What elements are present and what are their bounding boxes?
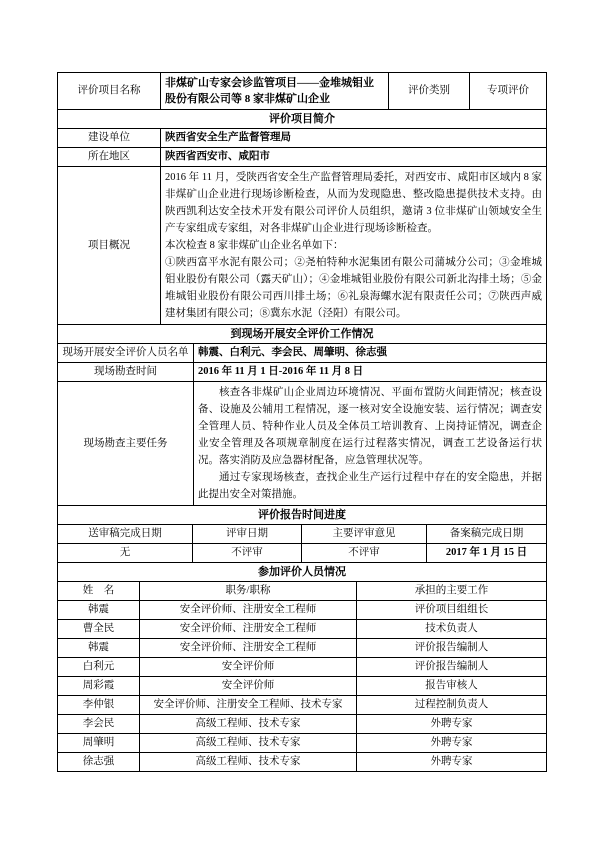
site-work-table: 到现场开展安全评价工作情况 现场开展安全评价人员名单 韩震、白利元、李会民、周肇… bbox=[57, 324, 547, 506]
project-overview-text: 2016 年 11 月，受陕西省安全生产监督管理局委托，对西安市、咸阳市区域内 … bbox=[161, 167, 547, 325]
work-column-header: 承担的主要工作 bbox=[357, 582, 547, 601]
survey-tasks-label: 现场勘查主要任务 bbox=[58, 382, 194, 506]
table-row: 参加评价人员情况 bbox=[58, 563, 547, 582]
location-value: 陕西省西安市、咸阳市 bbox=[161, 148, 547, 167]
overview-paragraph: 2016 年 11 月，受陕西省安全生产监督管理局委托，对西安市、咸阳市区域内 … bbox=[165, 169, 542, 237]
person-work: 评价报告编制人 bbox=[357, 639, 547, 658]
table-row: 白利元 安全评价师 评价报告编制人 bbox=[58, 658, 547, 677]
table-row: 到现场开展安全评价工作情况 bbox=[58, 325, 547, 344]
project-name-label: 评价项目名称 bbox=[58, 73, 161, 110]
review-opinion-value: 不评审 bbox=[302, 544, 427, 563]
site-section-title: 到现场开展安全评价工作情况 bbox=[58, 325, 547, 344]
person-work: 技术负责人 bbox=[357, 620, 547, 639]
person-title: 高级工程师、技术专家 bbox=[140, 753, 357, 772]
table-row: 曹全民 安全评价师、注册安全工程师 技术负责人 bbox=[58, 620, 547, 639]
progress-section-title: 评价报告时间进度 bbox=[58, 506, 547, 525]
person-title: 安全评价师、注册安全工程师、技术专家 bbox=[140, 696, 357, 715]
person-title: 高级工程师、技术专家 bbox=[140, 715, 357, 734]
document-page: 评价项目名称 非煤矿山专家会诊监管项目——金堆城钼业股份有限公司等 8 家非煤矿… bbox=[0, 0, 600, 848]
table-row: 韩震 安全评价师、注册安全工程师 评价报告编制人 bbox=[58, 639, 547, 658]
table-row: 所在地区 陕西省西安市、咸阳市 bbox=[58, 148, 547, 167]
draft-date-value: 无 bbox=[58, 544, 193, 563]
person-name: 周肇明 bbox=[58, 734, 140, 753]
location-label: 所在地区 bbox=[58, 148, 161, 167]
report-progress-table: 评价报告时间进度 送审稿完成日期 评审日期 主要评审意见 备案稿完成日期 无 不… bbox=[57, 505, 547, 563]
record-date-header: 备案稿完成日期 bbox=[427, 525, 547, 544]
table-row: 李仲银 安全评价师、注册安全工程师、技术专家 过程控制负责人 bbox=[58, 696, 547, 715]
person-name: 李仲银 bbox=[58, 696, 140, 715]
person-title: 安全评价师、注册安全工程师 bbox=[140, 620, 357, 639]
table-row: 李会民 高级工程师、技术专家 外聘专家 bbox=[58, 715, 547, 734]
person-name: 韩震 bbox=[58, 639, 140, 658]
personnel-table: 参加评价人员情况 姓 名 职务/职称 承担的主要工作 韩震 安全评价师、注册安全… bbox=[57, 562, 547, 772]
person-title: 高级工程师、技术专家 bbox=[140, 734, 357, 753]
survey-tasks-text: 核查各非煤矿山企业周边环境情况、平面布置防火间距情况；核查设备、设施及公辅用工程… bbox=[194, 382, 547, 506]
project-header-table: 评价项目名称 非煤矿山专家会诊监管项目——金堆城钼业股份有限公司等 8 家非煤矿… bbox=[57, 72, 547, 110]
person-name: 李会民 bbox=[58, 715, 140, 734]
personnel-section-title: 参加评价人员情况 bbox=[58, 563, 547, 582]
table-row: 韩震 安全评价师、注册安全工程师 评价项目组组长 bbox=[58, 601, 547, 620]
person-title: 安全评价师、注册安全工程师 bbox=[140, 601, 357, 620]
person-work: 外聘专家 bbox=[357, 753, 547, 772]
person-title: 安全评价师 bbox=[140, 658, 357, 677]
title-column-header: 职务/职称 bbox=[140, 582, 357, 601]
evaluation-form: 评价项目名称 非煤矿山专家会诊监管项目——金堆城钼业股份有限公司等 8 家非煤矿… bbox=[57, 72, 546, 772]
table-row: 建设单位 陕西省安全生产监督管理局 bbox=[58, 129, 547, 148]
table-row: 现场开展安全评价人员名单 韩震、白利元、李会民、周肇明、徐志强 bbox=[58, 344, 547, 363]
person-name: 白利元 bbox=[58, 658, 140, 677]
table-row: 现场勘查主要任务 核查各非煤矿山企业周边环境情况、平面布置防火间距情况；核查设备… bbox=[58, 382, 547, 506]
project-name-value: 非煤矿山专家会诊监管项目——金堆城钼业股份有限公司等 8 家非煤矿山企业 bbox=[161, 73, 389, 110]
project-intro-table: 评价项目简介 建设单位 陕西省安全生产监督管理局 所在地区 陕西省西安市、咸阳市… bbox=[57, 109, 547, 325]
evaluation-type-value: 专项评价 bbox=[470, 73, 547, 110]
construction-unit-label: 建设单位 bbox=[58, 129, 161, 148]
table-row: 评价项目名称 非煤矿山专家会诊监管项目——金堆城钼业股份有限公司等 8 家非煤矿… bbox=[58, 73, 547, 110]
name-column-header: 姓 名 bbox=[58, 582, 140, 601]
table-row: 现场勘查时间 2016 年 11 月 1 日-2016 年 11 月 8 日 bbox=[58, 363, 547, 382]
table-row: 无 不评审 不评审 2017 年 1 月 15 日 bbox=[58, 544, 547, 563]
person-work: 报告审核人 bbox=[357, 677, 547, 696]
person-name: 周彩霞 bbox=[58, 677, 140, 696]
table-row: 评价报告时间进度 bbox=[58, 506, 547, 525]
person-name: 徐志强 bbox=[58, 753, 140, 772]
construction-unit-value: 陕西省安全生产监督管理局 bbox=[161, 129, 547, 148]
draft-date-header: 送审稿完成日期 bbox=[58, 525, 193, 544]
evaluators-list-value: 韩震、白利元、李会民、周肇明、徐志强 bbox=[194, 344, 547, 363]
intro-section-title: 评价项目简介 bbox=[58, 110, 547, 129]
evaluators-list-label: 现场开展安全评价人员名单 bbox=[58, 344, 194, 363]
person-title: 安全评价师 bbox=[140, 677, 357, 696]
project-overview-label: 项目概况 bbox=[58, 167, 161, 325]
overview-paragraph: ①陕西富平水泥有限公司；②尧柏特种水泥集团有限公司蒲城分公司；③金堆城钼业股份有… bbox=[165, 254, 542, 322]
table-row: 项目概况 2016 年 11 月，受陕西省安全生产监督管理局委托，对西安市、咸阳… bbox=[58, 167, 547, 325]
review-date-value: 不评审 bbox=[193, 544, 302, 563]
tasks-paragraph: 核查各非煤矿山企业周边环境情况、平面布置防火间距情况；核查设备、设施及公辅用工程… bbox=[198, 384, 542, 469]
table-row: 周彩霞 安全评价师 报告审核人 bbox=[58, 677, 547, 696]
review-opinion-header: 主要评审意见 bbox=[302, 525, 427, 544]
record-date-value: 2017 年 1 月 15 日 bbox=[427, 544, 547, 563]
survey-time-value: 2016 年 11 月 1 日-2016 年 11 月 8 日 bbox=[194, 363, 547, 382]
person-title: 安全评价师、注册安全工程师 bbox=[140, 639, 357, 658]
person-name: 曹全民 bbox=[58, 620, 140, 639]
review-date-header: 评审日期 bbox=[193, 525, 302, 544]
tasks-paragraph: 通过专家现场核查，查找企业生产运行过程中存在的安全隐患，并据此提出安全对策措施。 bbox=[198, 469, 542, 503]
survey-time-label: 现场勘查时间 bbox=[58, 363, 194, 382]
table-row: 周肇明 高级工程师、技术专家 外聘专家 bbox=[58, 734, 547, 753]
person-work: 过程控制负责人 bbox=[357, 696, 547, 715]
person-name: 韩震 bbox=[58, 601, 140, 620]
overview-paragraph: 本次检查 8 家非煤矿山企业名单如下： bbox=[165, 237, 542, 254]
table-row: 姓 名 职务/职称 承担的主要工作 bbox=[58, 582, 547, 601]
evaluation-type-label: 评价类别 bbox=[389, 73, 470, 110]
person-work: 外聘专家 bbox=[357, 734, 547, 753]
person-work: 外聘专家 bbox=[357, 715, 547, 734]
table-row: 徐志强 高级工程师、技术专家 外聘专家 bbox=[58, 753, 547, 772]
table-row: 送审稿完成日期 评审日期 主要评审意见 备案稿完成日期 bbox=[58, 525, 547, 544]
table-row: 评价项目简介 bbox=[58, 110, 547, 129]
person-work: 评价报告编制人 bbox=[357, 658, 547, 677]
person-work: 评价项目组组长 bbox=[357, 601, 547, 620]
